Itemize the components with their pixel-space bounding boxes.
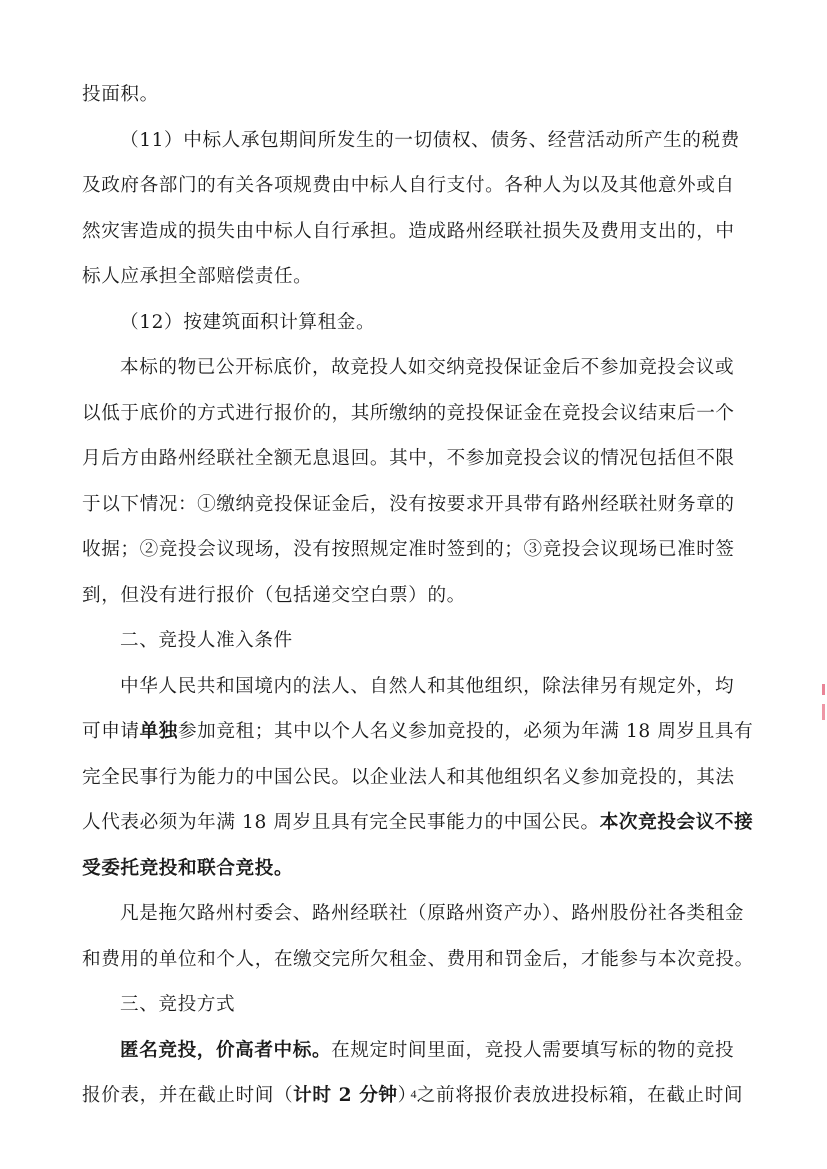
clause-11-line: （11）中标人承包期间所发生的一切债权、债务、经营活动所产生的税费 [82,118,754,164]
bold-text: 本次竞投会议不接 [600,812,754,833]
text-line: 凡是拖欠路州村委会、路州经联社（原路州资产办）、路州股份社各类租金 [82,891,754,937]
bold-text: 单独 [140,721,178,742]
text-span: 人代表必须为年满 18 周岁且具有完全民事能力的中国公民。 [82,812,600,833]
text-line: 收据；②竞投会议现场，没有按照规定准时签到的；③竞投会议现场已准时签 [82,527,754,573]
text-line: 及政府各部门的有关各项规费由中标人自行支付。各种人为以及其他意外或自 [82,163,754,209]
text-span: 可申请 [82,721,140,742]
text-line: 标人应承担全部赔偿责任。 [82,254,754,300]
text-line: 受委托竞投和联合竞投。 [82,846,754,892]
text-line: 投面积。 [82,72,754,118]
bold-text: 匿名竞投，价高者中标。 [120,1040,331,1061]
text-line: 于以下情况：①缴纳竞投保证金后，没有按要求开具带有路州经联社财务章的 [82,482,754,528]
text-line: 完全民事行为能力的中国公民。以企业法人和其他组织名义参加竞投的，其法 [82,755,754,801]
page-number: 4 [0,1087,827,1102]
text-line: 中华人民共和国境内的法人、自然人和其他组织，除法律另有规定外，均 [82,664,754,710]
text-line: 人代表必须为年满 18 周岁且具有完全民事能力的中国公民。本次竞投会议不接 [82,800,754,846]
section-heading-bidding-method: 三、竞投方式 [82,982,754,1028]
section-heading-eligibility: 二、竞投人准入条件 [82,618,754,664]
text-line: 到，但没有进行报价（包括递交空白票）的。 [82,573,754,619]
text-line: 和费用的单位和个人，在缴交完所欠租金、费用和罚金后，才能参与本次竞投。 [82,937,754,983]
document-page: 投面积。 （11）中标人承包期间所发生的一切债权、债务、经营活动所产生的税费 及… [82,72,754,1119]
text-line: 以低于底价的方式进行报价的，其所缴纳的竞投保证金在竞投会议结束后一个 [82,391,754,437]
clause-12-line: （12）按建筑面积计算租金。 [82,300,754,346]
bold-text: 受委托竞投和联合竞投。 [82,858,293,879]
text-line: 匿名竞投，价高者中标。在规定时间里面，竞投人需要填写标的物的竞投 [82,1028,754,1074]
seal-stamp-edge [822,684,825,720]
text-line: 可申请单独参加竞租；其中以个人名义参加竞投的，必须为年满 18 周岁且具有 [82,709,754,755]
text-span: 参加竞租；其中以个人名义参加竞投的，必须为年满 18 周岁且具有 [178,721,753,742]
text-span: 在规定时间里面，竞投人需要填写标的物的竞投 [331,1040,734,1061]
text-line: 月后方由路州经联社全额无息退回。其中，不参加竞投会议的情况包括但不限 [82,436,754,482]
text-line: 本标的物已公开标底价，故竞投人如交纳竞投保证金后不参加竞投会议或 [82,345,754,391]
text-line: 然灾害造成的损失由中标人自行承担。造成路州经联社损失及费用支出的，中 [82,209,754,255]
